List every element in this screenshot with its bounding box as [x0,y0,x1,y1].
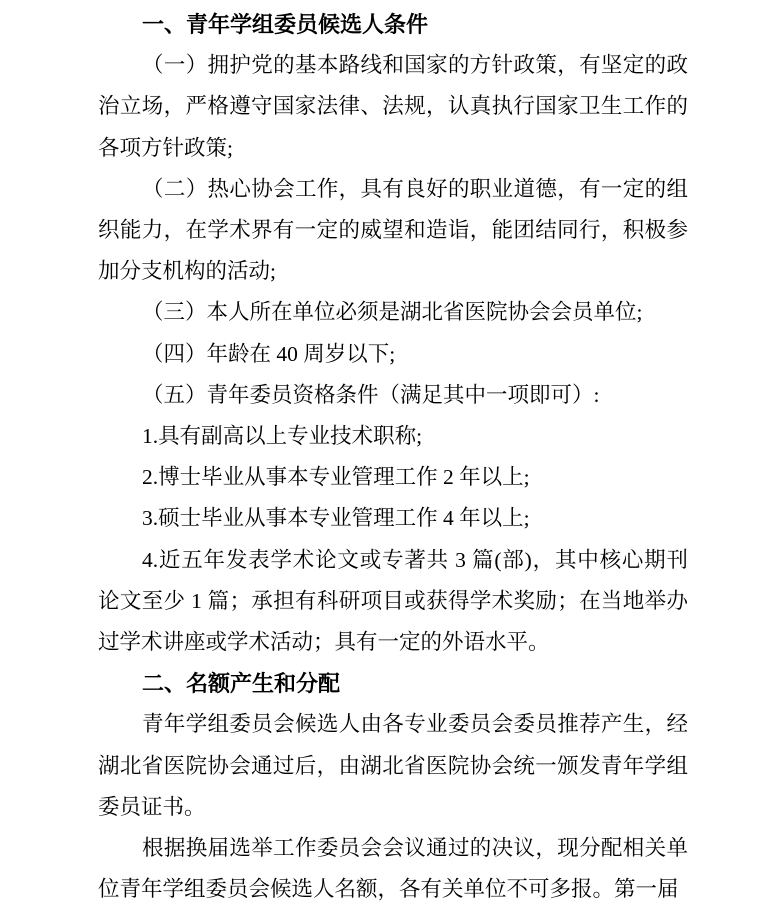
section-quota-allocation: 二、名额产生和分配 青年学组委员会候选人由各专业委员会委员推荐产生，经湖北省医院… [98,663,688,910]
section-1-heading: 一、青年学组委员候选人条件 [98,4,688,45]
paragraph-condition-5: （五）青年委员资格条件（满足其中一项即可）: [98,375,688,416]
paragraph-quota-2: 根据换届选举工作委员会会议通过的决议，现分配相关单位青年学组委员会候选人名额，各… [98,828,688,910]
paragraph-quota-1: 青年学组委员会候选人由各专业委员会委员推荐产生，经湖北省医院协会通过后，由湖北省… [98,704,688,828]
section-candidate-conditions: 一、青年学组委员候选人条件 （一）拥护党的基本路线和国家的方针政策，有坚定的政治… [98,4,688,663]
paragraph-qualification-1: 1.具有副高以上专业技术职称; [98,416,688,457]
paragraph-qualification-4: 4.近五年发表学术论文或专著共 3 篇(部)，其中核心期刊论文至少 1 篇；承担… [98,540,688,664]
document-page: 一、青年学组委员候选人条件 （一）拥护党的基本路线和国家的方针政策，有坚定的政治… [0,0,784,922]
section-2-heading: 二、名额产生和分配 [98,663,688,704]
paragraph-qualification-2: 2.博士毕业从事本专业管理工作 2 年以上; [98,457,688,498]
paragraph-qualification-3: 3.硕士毕业从事本专业管理工作 4 年以上; [98,498,688,539]
paragraph-condition-2: （二）热心协会工作，具有良好的职业道德，有一定的组织能力，在学术界有一定的威望和… [98,169,688,293]
paragraph-condition-4: （四）年龄在 40 周岁以下; [98,334,688,375]
paragraph-condition-3: （三）本人所在单位必须是湖北省医院协会会员单位; [98,292,688,333]
document-body: 一、青年学组委员候选人条件 （一）拥护党的基本路线和国家的方针政策，有坚定的政治… [98,4,688,910]
paragraph-condition-1: （一）拥护党的基本路线和国家的方针政策，有坚定的政治立场，严格遵守国家法律、法规… [98,45,688,169]
